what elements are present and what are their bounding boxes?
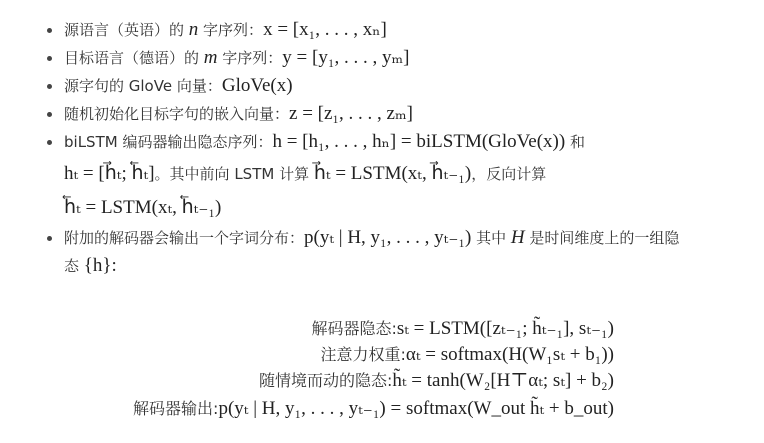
var-m: m	[204, 47, 218, 68]
label: 附加的解码器会输出一个字词分布：	[64, 229, 304, 247]
var-H: H	[511, 227, 525, 248]
var-n: n	[189, 19, 199, 40]
text-trail: ，反向计算	[471, 165, 546, 183]
text-trail: 是时间维度上的一组隐	[525, 229, 680, 247]
bullet-embedding: 随机初始化目标字句的嵌入向量：z = [z₁, . . . , zₘ]	[64, 100, 413, 128]
bullet-source-sequence: 源语言（英语）的 n 字序列：x = [x₁, . . . , xₙ]	[64, 16, 387, 44]
bilstm-line3: h⃖ₜ = LSTM(xₜ, h⃖ₜ₋₁)	[64, 194, 221, 222]
formula-p: p(yₜ | H, y₁, . . . , yₜ₋₁)	[304, 227, 471, 248]
equation-formula: sₜ = LSTM([zₜ₋₁; h̃ₜ₋₁], sₜ₋₁)	[397, 318, 614, 339]
formula-z: z = [z₁, . . . , zₘ]	[289, 103, 413, 124]
bullet-dot-icon	[47, 28, 52, 33]
equation-attention: 注意力权重:αₜ = softmax(H(W₁sₜ + b₁))	[321, 342, 614, 368]
equation-label: 解码器输出:	[133, 399, 218, 418]
label-suffix: 字序列：	[218, 49, 283, 67]
label: 源语言（英语）的	[64, 21, 189, 39]
label: 源字句的 GloVe 向量：	[64, 77, 222, 95]
equation-context-state: 随情境而动的隐态:h̃ₜ = tanh(W₂[H⊤αₜ; sₜ] + b₂)	[259, 368, 614, 394]
text-mid: 其中	[471, 229, 511, 247]
formula-forward: h⃗ₜ = LSTM(xₜ, h⃗ₜ₋₁)	[314, 163, 471, 184]
equation-label: 解码器隐态:	[311, 319, 396, 338]
equation-decoder-output: 解码器输出:p(yₜ | H, y₁, . . . , yₜ₋₁) = soft…	[133, 396, 614, 422]
equation-formula: h̃ₜ = tanh(W₂[H⊤αₜ; sₜ] + b₂)	[392, 370, 614, 391]
label: 随机初始化目标字句的嵌入向量：	[64, 105, 289, 123]
text: 。其中前向 LSTM 计算	[155, 165, 314, 183]
formula-set-h: {h}:	[84, 255, 117, 276]
label-suffix: 字序列：	[198, 21, 263, 39]
bullet-bilstm: biLSTM 编码器输出隐态序列：h = [h₁, . . . , hₙ] = …	[64, 128, 585, 156]
equation-label: 注意力权重:	[321, 345, 406, 364]
formula-h: h = [h₁, . . . , hₙ] = biLSTM(GloVe(x))	[272, 131, 565, 152]
formula-x: x = [x₁, . . . , xₙ]	[263, 19, 387, 40]
bilstm-line2: hₜ = [h⃗ₜ; h⃖ₜ]。其中前向 LSTM 计算 h⃗ₜ = LSTM(…	[64, 160, 546, 188]
formula-y: y = [y₁, . . . , yₘ]	[282, 47, 409, 68]
formula-backward: h⃖ₜ = LSTM(xₜ, h⃖ₜ₋₁)	[64, 197, 221, 218]
formula-ht: hₜ = [h⃗ₜ; h⃖ₜ]	[64, 163, 155, 184]
label-trail: 和	[565, 133, 585, 151]
bullet-dot-icon	[47, 112, 52, 117]
bullet-dot-icon	[47, 236, 52, 241]
bullet-glove: 源字句的 GloVe 向量：GloVe(x)	[64, 72, 293, 100]
decoder-line2: 态 {h}:	[64, 252, 117, 280]
bullet-dot-icon	[47, 56, 52, 61]
formula-glove: GloVe(x)	[222, 75, 293, 96]
label: 目标语言（德语）的	[64, 49, 204, 67]
equation-formula: p(yₜ | H, y₁, . . . , yₜ₋₁) = softmax(W_…	[218, 398, 614, 419]
bullet-dot-icon	[47, 140, 52, 145]
equation-label: 随情境而动的隐态:	[259, 371, 392, 390]
equation-decoder-state: 解码器隐态:sₜ = LSTM([zₜ₋₁; h̃ₜ₋₁], sₜ₋₁)	[311, 316, 614, 342]
bullet-target-sequence: 目标语言（德语）的 m 字序列：y = [y₁, . . . , yₘ]	[64, 44, 409, 72]
bullet-decoder: 附加的解码器会输出一个字词分布：p(yₜ | H, y₁, . . . , yₜ…	[64, 224, 679, 252]
text: 态	[64, 257, 84, 275]
bullet-dot-icon	[47, 84, 52, 89]
equation-formula: αₜ = softmax(H(W₁sₜ + b₁))	[406, 344, 614, 365]
label: biLSTM 编码器输出隐态序列：	[64, 133, 272, 151]
